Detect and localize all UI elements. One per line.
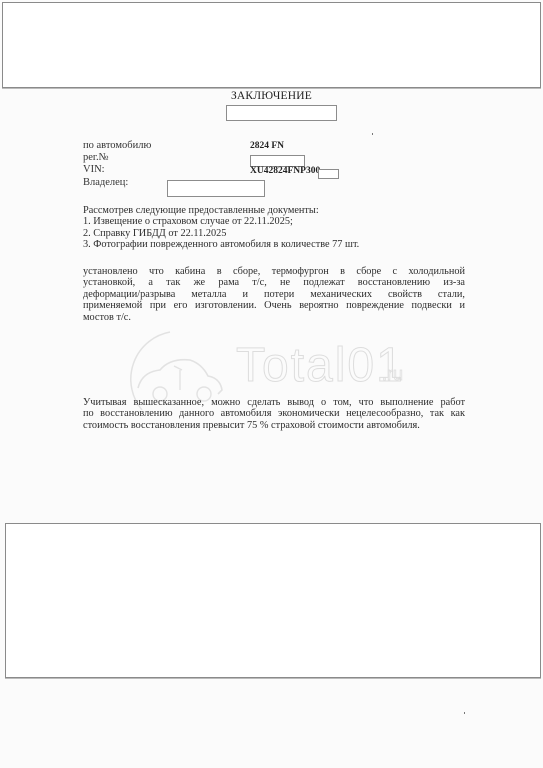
- findings-line: применяемой при его изготовлении. Очень …: [83, 300, 465, 311]
- watermark-suffix: .ru: [382, 364, 403, 385]
- label-car: по автомобилю: [83, 140, 151, 151]
- watermark-text: Total01: [236, 338, 405, 393]
- conclusion-line: стоимость восстановления превысит 75 % с…: [83, 420, 465, 431]
- redacted-document-number: [226, 105, 337, 121]
- scan-speck: [464, 712, 465, 714]
- findings-line: деформации/разрыва металла и потери меха…: [83, 289, 465, 300]
- findings-paragraph: установлено что кабина в сборе, термофур…: [83, 266, 465, 323]
- label-owner: Владелец:: [83, 177, 128, 188]
- documents-intro: Рассмотрев следующие предоставленные док…: [83, 205, 359, 216]
- conclusion-paragraph: Учитывая вышесказанное, можно сделать вы…: [83, 397, 465, 431]
- document-title: ЗАКЛЮЧЕНИЕ: [0, 90, 543, 102]
- document-item: 2. Справку ГИБДД от 22.11.2025: [83, 228, 359, 239]
- redacted-vin-suffix: [318, 169, 339, 179]
- documents-section: Рассмотрев следующие предоставленные док…: [83, 205, 359, 251]
- label-reg-number: рег.№: [83, 152, 109, 163]
- value-car-model: 2824 FN: [250, 141, 284, 151]
- scan-speck: [372, 133, 373, 135]
- redacted-owner: [167, 180, 265, 197]
- redacted-footer-block: [5, 523, 541, 678]
- document-item: 1. Извещение о страховом случае от 22.11…: [83, 216, 359, 227]
- conclusion-line: по восстановлению данного автомобиля эко…: [83, 408, 465, 419]
- findings-line: установлено что кабина в сборе, термофур…: [83, 266, 465, 277]
- findings-line: мостов т/с.: [83, 312, 465, 323]
- value-vin: XU42824FNP300: [250, 166, 320, 176]
- redacted-header-block: [2, 2, 541, 88]
- label-vin: VIN:: [83, 164, 105, 175]
- conclusion-line: Учитывая вышесказанное, можно сделать вы…: [83, 397, 465, 408]
- document-item: 3. Фотографии поврежденного автомобиля в…: [83, 239, 359, 250]
- findings-line: установкой, а так же рама т/с, не подлеж…: [83, 277, 465, 288]
